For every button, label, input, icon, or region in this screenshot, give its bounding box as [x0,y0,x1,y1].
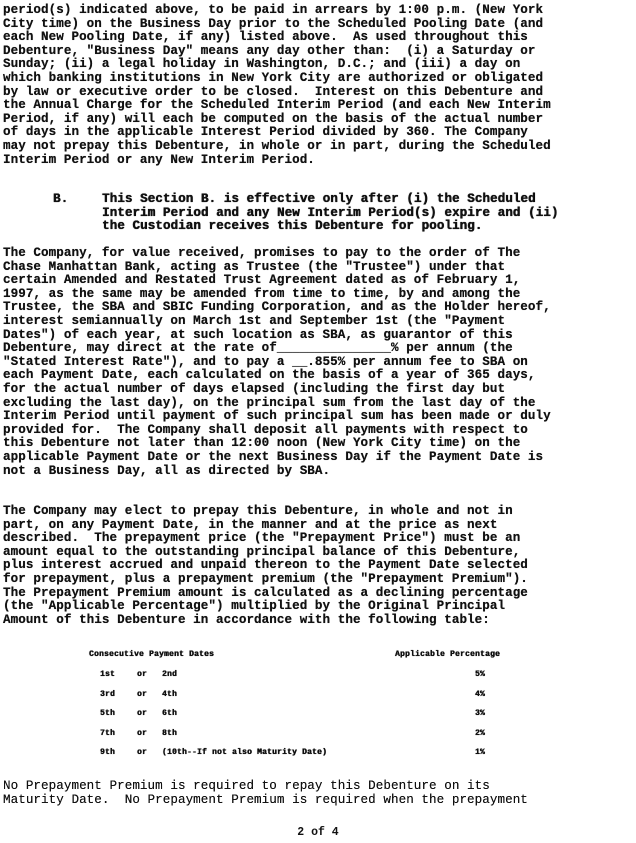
text-line: the Annual Charge for the Scheduled Inte… [3,99,551,112]
text-line: Interim Period and any New Interim Perio… [102,207,558,220]
text-line: for the actual number of days elapsed (i… [3,383,505,396]
text-line: Dates") of each year, at such location a… [3,329,513,342]
table-cell-first-date: 3rd [100,690,115,699]
table-cell-second-date: (10th--If not also Maturity Date) [162,748,327,757]
text-line: by law or executive order to be closed. … [3,86,543,99]
text-line: The Company may elect to prepay this Deb… [3,505,513,518]
text-line: Debenture, "Business Day" means any day … [3,45,536,58]
table-cell-or: or [137,709,147,718]
text-line: described. The prepayment price (the "Pr… [3,532,520,545]
page-number: 2 of 4 [0,826,636,839]
table-cell-or: or [137,670,147,679]
text-line: may not prepay this Debenture, in whole … [3,140,551,153]
text-line: interest semiannually on March 1st and S… [3,315,505,328]
text-line: Interim Period or any New Interim Period… [3,154,315,167]
text-line: not a Business Day, all as directed by S… [3,465,330,478]
table-cell-percentage: 4% [475,690,485,699]
text-line: The Company, for value received, promise… [3,247,520,260]
text-line: the Custodian receives this Debenture fo… [102,220,482,233]
table-cell-second-date: 2nd [162,670,177,679]
table-cell-first-date: 1st [100,670,115,679]
table-cell-or: or [137,690,147,699]
text-line: Sunday; (ii) a legal holiday in Washingt… [3,58,520,71]
table-cell-first-date: 9th [100,748,115,757]
section-b-label: B. [53,193,68,206]
table-cell-percentage: 5% [475,670,485,679]
text-line: This Section B. is effective only after … [102,193,536,206]
text-line: each Payment Date, each calculated on th… [3,369,536,382]
text-line: Chase Manhattan Bank, acting as Trustee … [3,261,505,274]
text-line: this Debenture not later than 12:00 noon… [3,437,520,450]
text-line: applicable Payment Date or the next Busi… [3,451,543,464]
text-line: plus interest accrued and unpaid thereon… [3,559,528,572]
text-line: The Prepayment Premium amount is calcula… [3,587,528,600]
table-cell-second-date: 4th [162,690,177,699]
table-cell-percentage: 1% [475,748,485,757]
table-cell-percentage: 3% [475,709,485,718]
table-header-payment-dates: Consecutive Payment Dates [89,650,214,659]
text-line: (the "Applicable Percentage") multiplied… [3,600,505,613]
table-cell-first-date: 5th [100,709,115,718]
text-line: Period, if any) will each be computed on… [3,113,543,126]
table-cell-or: or [137,729,147,738]
text-line: Debenture, may direct at the rate of____… [3,342,513,355]
table-cell-second-date: 6th [162,709,177,718]
text-line: Interim Period until payment of such pri… [3,410,551,423]
text-line: provided for. The Company shall deposit … [3,424,528,437]
text-line: each New Pooling Date, if any) listed ab… [3,31,528,44]
text-line: No Prepayment Premium is required to rep… [3,780,490,793]
table-header-applicable-percentage: Applicable Percentage [395,650,500,659]
table-cell-or: or [137,748,147,757]
text-line: period(s) indicated above, to be paid in… [3,4,543,17]
text-line: excluding the last day), on the principa… [3,397,536,410]
table-cell-percentage: 2% [475,729,485,738]
text-line: part, on any Payment Date, in the manner… [3,519,498,532]
text-line: Maturity Date. No Prepayment Premium is … [3,794,528,807]
table-cell-second-date: 8th [162,729,177,738]
text-line: Trustee, the SBA and SBIC Funding Corpor… [3,301,551,314]
text-line: Amount of this Debenture in accordance w… [3,614,490,627]
text-line: City time) on the Business Day prior to … [3,18,543,31]
text-line: of days in the applicable Interest Perio… [3,126,528,139]
text-line: for prepayment, plus a prepayment premiu… [3,573,528,586]
text-line: "Stated Interest Rate"), and to pay a __… [3,356,528,369]
table-cell-first-date: 7th [100,729,115,738]
text-line: which banking institutions in New York C… [3,72,543,85]
text-line: 1997, as the same may be amended from ti… [3,288,520,301]
document-page: period(s) indicated above, to be paid in… [0,0,636,843]
text-line: amount equal to the outstanding principa… [3,546,520,559]
text-line: certain Amended and Restated Trust Agree… [3,274,520,287]
